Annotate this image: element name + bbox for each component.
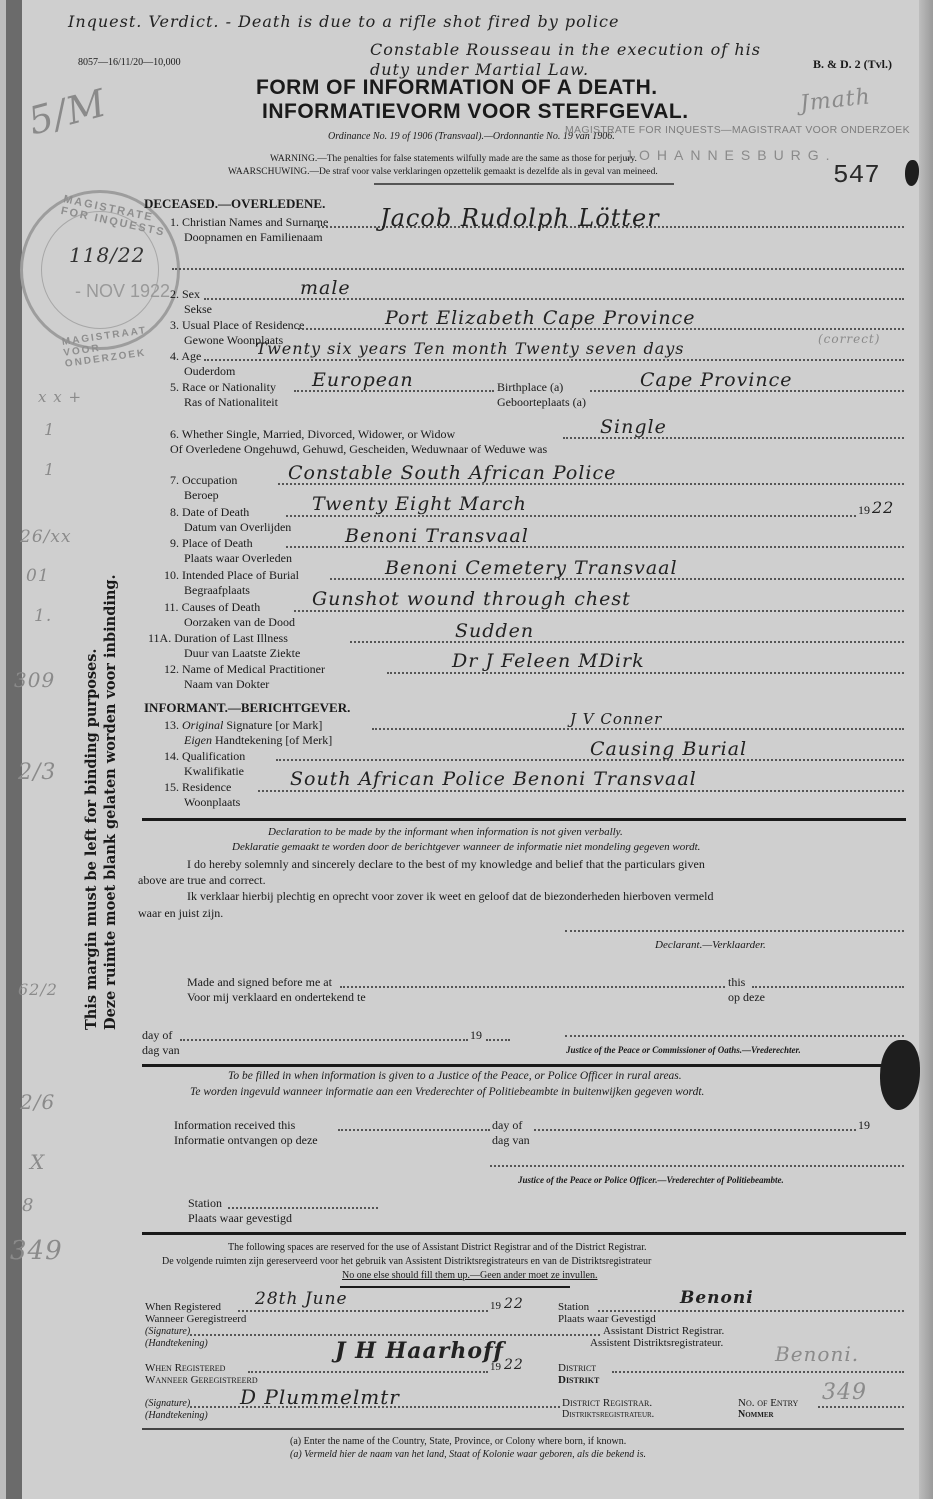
margin-note: 349 <box>10 1236 63 1266</box>
binding-note-en: This margin must be left for binding pur… <box>82 574 101 1030</box>
reg2-year-prefix: 19 <box>490 1361 501 1373</box>
signature2-nl: (Handtekening) <box>145 1410 208 1421</box>
declaration-body-en-1: I do hereby solemnly and sincerely decla… <box>187 857 705 872</box>
informant-heading: INFORMANT.—BERICHTGEVER. <box>144 700 350 716</box>
field-1-label-nl: Doopnamen en Familienaam <box>184 230 323 244</box>
field-12-label-nl: Naam van Dokter <box>184 677 269 691</box>
signature2-en: (Signature) <box>145 1398 190 1409</box>
rural-heading-en: To be filled in when information is give… <box>228 1070 682 1082</box>
day-of-en: day of <box>142 1028 172 1043</box>
margin-note: 62/2 <box>18 980 58 999</box>
reg-year-prefix: 19 <box>490 1300 501 1312</box>
informant-qualification: Causing Burial <box>590 738 747 760</box>
district-nl: Distrikt <box>558 1374 599 1386</box>
field-2-label: 2. Sex <box>170 287 200 301</box>
info-received-nl: Informatie ontvangen op deze <box>174 1133 318 1148</box>
this-en: this <box>728 975 745 990</box>
rural-day-of-nl: dag van <box>492 1133 530 1148</box>
margin-note: 309 <box>14 668 55 692</box>
signature-en: (Signature) <box>145 1326 190 1337</box>
birthplace-label: Birthplace (a) <box>497 380 563 394</box>
margin-note: 1 <box>44 420 55 439</box>
informant-signature: J V Conner <box>570 710 662 728</box>
declaration-body-nl-1: Ik verklaar hierbij plechtig en oprecht … <box>187 889 713 904</box>
birthplace-label-nl: Geboorteplaats (a) <box>497 395 586 409</box>
rural-day-of-en: day of <box>492 1118 522 1133</box>
declaration-year: 19 <box>470 1028 482 1043</box>
stamp-number: 547 <box>833 160 880 190</box>
justice-label: Justice of the Peace or Commissioner of … <box>566 1045 801 1055</box>
page-edge <box>919 0 933 1499</box>
margin-note: 26/xx <box>20 527 72 547</box>
death-year-prefix: 19 <box>858 503 870 518</box>
deceased-name: Jacob Rudolph Lötter <box>380 204 660 232</box>
stamp-ref: 118/22 <box>69 243 145 267</box>
officer-label: Justice of the Peace or Police Officer.—… <box>518 1175 784 1185</box>
form-title-nl: INFORMATIEVORM VOOR STERFGEVAL. <box>262 100 689 124</box>
day-of-nl: dag van <box>142 1043 180 1058</box>
field-10-label-nl: Begraafplaats <box>184 583 250 597</box>
station-nl: Plaats waar gevestigd <box>188 1211 292 1226</box>
reserved-nl: De volgende ruimten zijn gereserveerd vo… <box>162 1256 651 1267</box>
field-4-label-nl: Ouderdom <box>184 364 235 378</box>
margin-note: 2/6 <box>20 1090 55 1114</box>
informant-residence: South African Police Benoni Transvaal <box>290 768 697 790</box>
signature-nl: (Handtekening) <box>145 1338 208 1349</box>
magistrate-stamp: MAGISTRATE FOR INQUESTS—MAGISTRAAT VOOR … <box>565 124 910 136</box>
reg2-year-value: 22 <box>504 1357 524 1373</box>
field-11a-label: 11A. Duration of Last Illness <box>148 631 288 645</box>
deceased-heading: DECEASED.—OVERLEDENE. <box>144 196 325 212</box>
rural-heading-nl: Te worden ingevuld wanneer informatie aa… <box>190 1086 704 1098</box>
station-en: Station <box>188 1196 222 1211</box>
deceased-occupation: Constable South African Police <box>288 462 616 484</box>
deceased-place-of-death: Benoni Transvaal <box>345 525 529 547</box>
when-registered-en: When Registered <box>145 1301 221 1313</box>
declarant-label: Declarant.—Verklaarder. <box>655 939 766 951</box>
field-1-label: 1. Christian Names and Surname <box>170 215 328 229</box>
field-10-label: 10. Intended Place of Burial <box>164 568 299 582</box>
entry-no-nl: Nommer <box>738 1409 774 1420</box>
asst-registrar-location: Benoni. <box>775 1342 859 1366</box>
field-9-label-nl: Plaats waar Overleden <box>184 551 292 565</box>
binding-note-nl: Deze ruimte moet blank gelaten worden vo… <box>101 574 120 1030</box>
divider <box>374 183 674 185</box>
inquest-annotation-line-2: Constable Rousseau in the execution of h… <box>370 40 761 59</box>
field-11-label: 11. Causes of Death <box>164 600 260 614</box>
age-correct-note: (correct) <box>818 332 880 346</box>
warning-nl: WAARSCHUWING.—De straf voor valse verkla… <box>228 167 658 177</box>
death-year-suffix: 22 <box>872 498 894 517</box>
margin-note: 01 <box>26 566 50 586</box>
warning-en: WARNING.—The penalties for false stateme… <box>270 154 637 164</box>
no-one-else: No one else should fill them up.—Geen an… <box>342 1270 598 1281</box>
field-15-label: 15. Residence <box>164 780 231 794</box>
field-9-label: 9. Place of Death <box>170 536 253 550</box>
margin-note: 1 <box>44 460 55 479</box>
this-nl: op deze <box>728 990 765 1005</box>
binding-note: This margin must be left for binding pur… <box>82 574 120 1030</box>
district-registrar-signature: D Plummelmtr <box>240 1385 400 1409</box>
declaration-heading-nl: Deklaratie gemaakt te worden door de ber… <box>232 841 700 853</box>
declaration-body-en-2: above are true and correct. <box>138 873 266 888</box>
district-registrar-en: District Registrar. <box>562 1397 652 1409</box>
info-received-en: Information received this <box>174 1118 295 1133</box>
made-signed-nl: Voor mij verklaard en ondertekend te <box>187 990 366 1005</box>
station2-en: Station <box>558 1301 589 1313</box>
reg-year-value: 22 <box>504 1296 524 1312</box>
field-4-label: 4. Age <box>170 349 201 363</box>
deceased-marital-status: Single <box>600 416 667 438</box>
stamp-date: - NOV 1922 <box>75 281 170 302</box>
deceased-sex: male <box>300 277 351 299</box>
deceased-age: Twenty six years Ten month Twenty seven … <box>256 339 685 358</box>
district-registrar-nl: Distriktsregistrateur. <box>562 1409 654 1420</box>
margin-note: x x + <box>38 388 82 406</box>
when-registered2-en: When Registered <box>145 1362 225 1374</box>
field-13-label-nl: Eigen Handtekening [of Merk] <box>184 733 332 747</box>
binding-strip <box>6 0 22 1499</box>
asst-registrar-nl: Assistent Distriktsregistrateur. <box>590 1337 723 1349</box>
field-7-label-nl: Beroep <box>184 488 219 502</box>
station-value: Benoni <box>680 1288 754 1308</box>
medical-practitioner: Dr J Feleen MDirk <box>452 650 645 672</box>
print-code: 8057—16/11/20—10,000 <box>78 57 181 68</box>
field-8-label: 8. Date of Death <box>170 505 249 519</box>
footnote-en: (a) Enter the name of the Country, State… <box>290 1436 626 1447</box>
deceased-cause-of-death: Gunshot wound through chest <box>312 588 631 610</box>
field-5-label: 5. Race or Nationality <box>170 380 276 394</box>
form-title-en: FORM OF INFORMATION OF A DEATH. <box>256 76 658 100</box>
deceased-date-of-death: Twenty Eight March <box>312 493 527 515</box>
footer-divider <box>142 1428 904 1430</box>
when-registered-nl: Wanneer Geregistreerd <box>145 1313 246 1325</box>
field-6-label-nl: Of Overledene Ongehuwd, Gehuwd, Gescheid… <box>170 442 547 456</box>
field-15-label-nl: Woonplaats <box>184 795 240 809</box>
round-magistrate-stamp: MAGISTRATE FOR INQUESTS MAGISTRAAT VOOR … <box>20 190 180 350</box>
form-code: B. & D. 2 (Tvl.) <box>813 57 892 72</box>
field-3-label: 3. Usual Place of Residence <box>170 318 304 332</box>
field-11-label-nl: Oorzaken van de Dood <box>184 615 295 629</box>
city-stamp: JOHANNESBURG. <box>625 147 837 163</box>
district-en: District <box>558 1362 596 1374</box>
deceased-burial-place: Benoni Cemetery Transvaal <box>385 557 678 579</box>
section-divider <box>142 818 906 821</box>
margin-note: 2/3 <box>18 760 56 785</box>
declaration-body-nl-2: waar en juist zijn. <box>138 906 223 921</box>
rural-year: 19 <box>858 1118 870 1133</box>
section-divider <box>142 1232 906 1235</box>
reserved-en: The following spaces are reserved for th… <box>228 1242 647 1253</box>
entry-no-en: No. of Entry <box>738 1397 798 1409</box>
field-11a-label-nl: Duur van Laatste Ziekte <box>184 646 300 660</box>
field-8-label-nl: Datum van Overlijden <box>184 520 291 534</box>
margin-note: 8 <box>22 1195 34 1216</box>
declaration-heading-en: Declaration to be made by the informant … <box>268 826 623 838</box>
field-14-label: 14. Qualification <box>164 749 245 763</box>
field-12-label: 12. Name of Medical Practitioner <box>164 662 325 676</box>
margin-note: X <box>30 1150 45 1174</box>
asst-registrar-en: Assistant District Registrar. <box>603 1325 724 1337</box>
field-6-label: 6. Whether Single, Married, Divorced, Wi… <box>170 427 455 441</box>
field-2-label-nl: Sekse <box>184 302 212 316</box>
section-divider <box>142 1064 906 1067</box>
station2-nl: Plaats waar Gevestigd <box>558 1313 656 1325</box>
deceased-nationality: European <box>312 369 414 391</box>
field-14-label-nl: Kwalifikatie <box>184 764 244 778</box>
deceased-illness-duration: Sudden <box>455 620 534 642</box>
footnote-nl: (a) Vermeld hier de naam van het land, S… <box>290 1449 646 1460</box>
field-5-label-nl: Ras of Nationaliteit <box>184 395 278 409</box>
inquest-annotation-line-1: Inquest. Verdict. - Death is due to a ri… <box>68 12 619 31</box>
entry-no-value: 349 <box>822 1380 867 1405</box>
margin-note: 1. <box>34 606 52 626</box>
field-7-label: 7. Occupation <box>170 473 237 487</box>
made-signed-en: Made and signed before me at <box>187 975 332 990</box>
deceased-residence: Port Elizabeth Cape Province <box>385 307 695 329</box>
field-13-label: 13. Original Signature [or Mark] <box>164 718 322 732</box>
when-registered-value: 28th June <box>255 1289 348 1309</box>
asst-registrar-signature: J H Haarhoff <box>335 1338 504 1364</box>
deceased-birthplace: Cape Province <box>640 369 793 391</box>
